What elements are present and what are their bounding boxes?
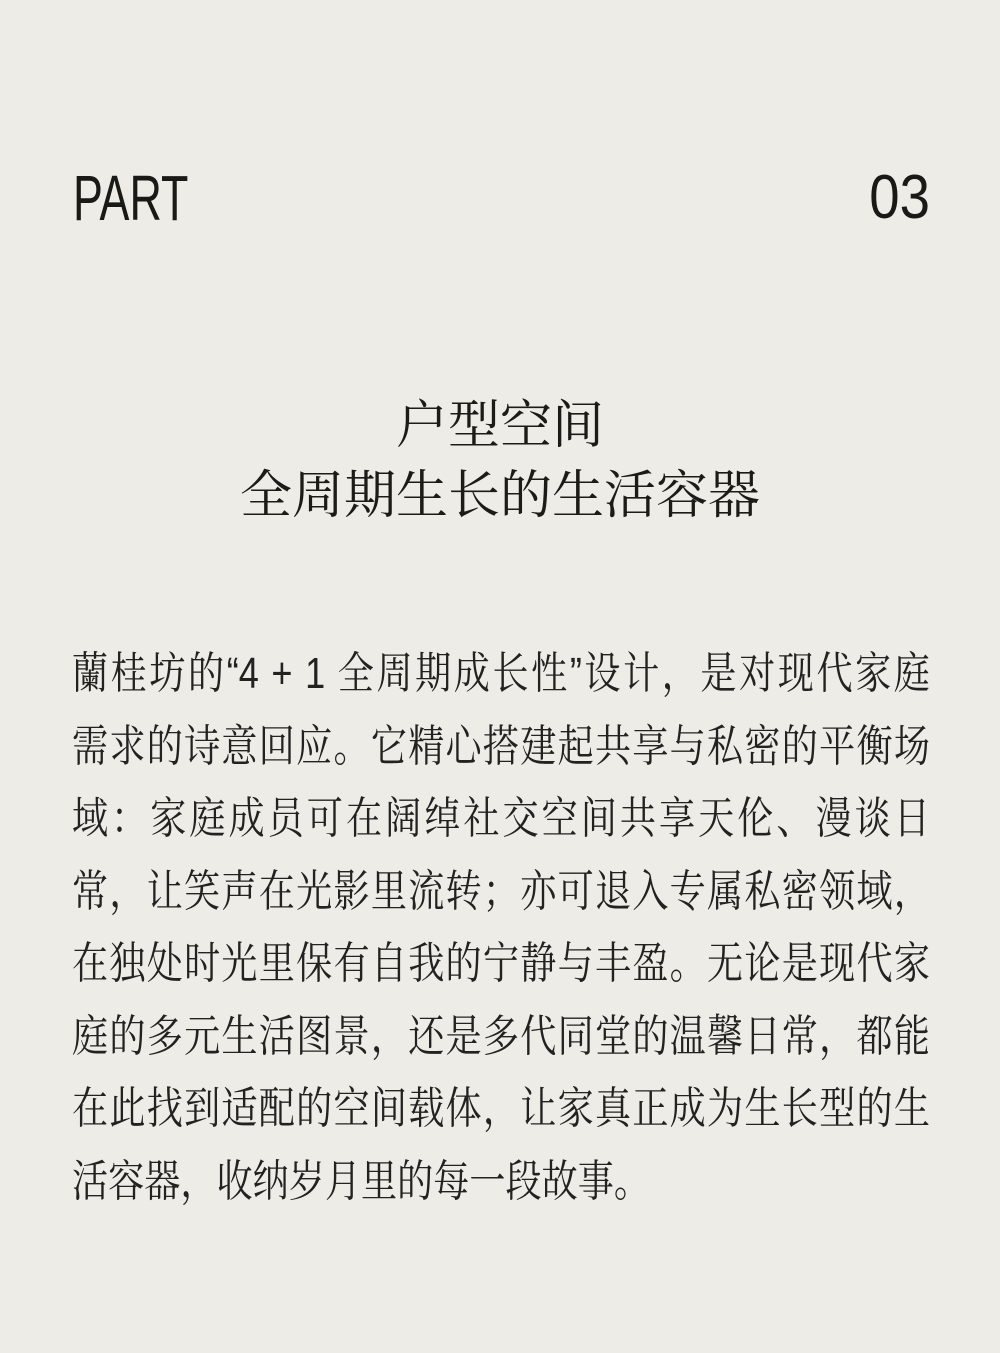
paragraph-line: 常，让笑声在光影里流转；亦可退入专属私密领域， (72, 856, 930, 929)
paragraph-line: 蘭桂坊的“4 + 1 全周期成长性”设计，是对现代家庭 (72, 638, 930, 711)
part-number: 03 (869, 167, 930, 229)
paragraph-line: 需求的诗意回应。它精心搭建起共享与私密的平衡场 (72, 711, 930, 784)
paragraph-line: 域：家庭成员可在阔绰社交空间共享天伦、漫谈日 (72, 783, 930, 856)
paragraph-line: 庭的多元生活图景，还是多代同堂的温馨日常，都能 (72, 1001, 930, 1074)
section-divider-page: PART 03 户型空间 全周期生长的生活容器 蘭桂坊的“4 + 1 全周期成长… (0, 0, 1000, 1353)
paragraph-line: 活容器，收纳岁月里的每一段故事。 (72, 1146, 930, 1219)
section-kicker: PART (73, 166, 188, 230)
section-title: 户型空间 全周期生长的生活容器 (0, 392, 1000, 532)
paragraph-line: 在独处时光里保有自我的宁静与丰盈。无论是现代家 (72, 928, 930, 1001)
paragraph-line: 在此找到适配的空间载体，让家真正成为生长型的生 (72, 1073, 930, 1146)
title-line-2: 全周期生长的生活容器 (0, 462, 1000, 532)
title-line-1: 户型空间 (0, 392, 1000, 462)
body-paragraph: 蘭桂坊的“4 + 1 全周期成长性”设计，是对现代家庭 需求的诗意回应。它精心搭… (72, 638, 930, 1218)
